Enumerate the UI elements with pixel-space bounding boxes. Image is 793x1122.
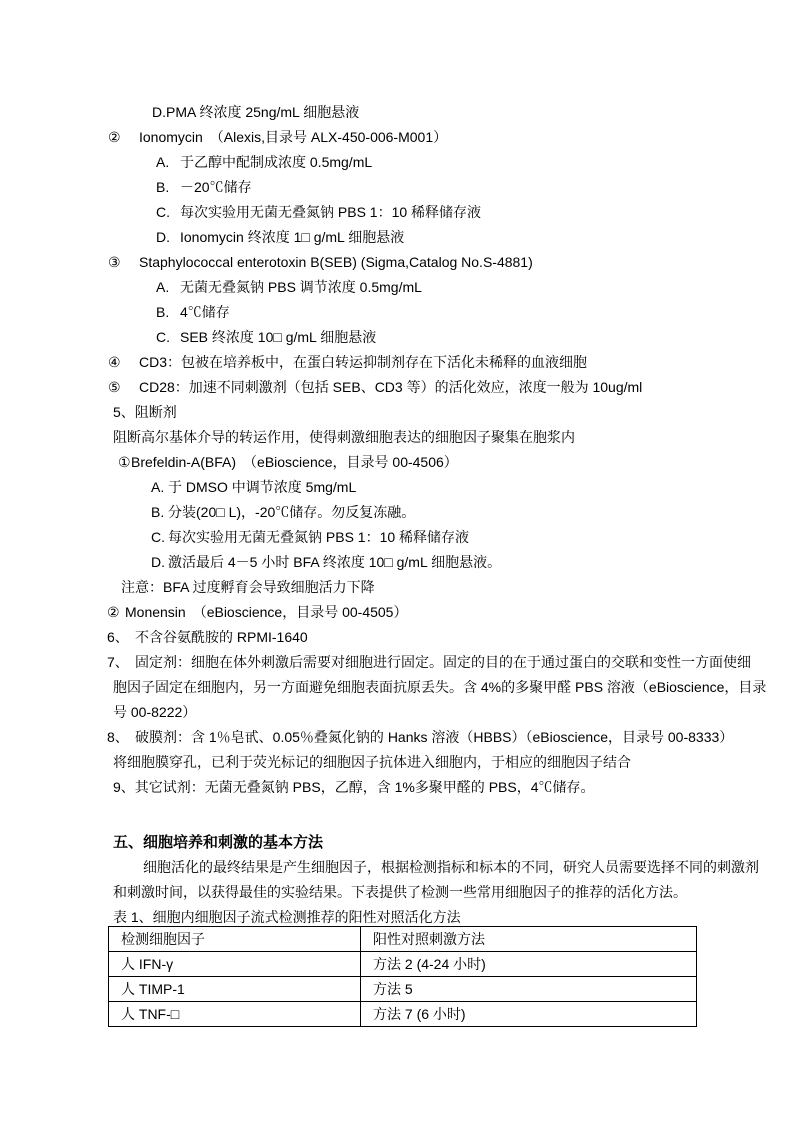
doc-line-text: 阻断高尔基体介导的转运作用，使得刺激细胞表达的细胞因子聚集在胞浆内 (113, 429, 575, 445)
doc-line-text: 9、其它试剂：无菌无叠氮钠 PBS，乙醇，含 1%多聚甲醛的 PBS，4℃储存。 (113, 779, 595, 795)
doc-line: 将细胞膜穿孔，已利于荧光标记的细胞因子抗体进入细胞内，于相应的细胞因子结合 (113, 750, 683, 775)
table-header-cell: 检测细胞因子 (109, 927, 361, 952)
doc-line: ⑤CD28：加速不同刺激剂（包括 SEB、CD3 等）的活化效应，浓度一般为 1… (113, 375, 683, 400)
activation-methods-table: 检测细胞因子 阳性对照刺激方法 人 IFN-γ 方法 2 (4-24 小时) 人… (108, 926, 697, 1027)
doc-line: ②Monensin （eBioscience，目录号 00-4505） (113, 600, 683, 625)
doc-line: 胞因子固定在细胞内，另一方面避免细胞表面抗原丢失。含 4%的多聚甲醛 PBS 溶… (113, 675, 683, 700)
table-cell: 方法 7 (6 小时) (361, 1002, 697, 1027)
table-cell: 人 IFN-γ (109, 952, 361, 977)
table-cell: 人 TIMP-1 (109, 977, 361, 1002)
doc-line-text: Monensin （eBioscience，目录号 00-4505） (113, 604, 407, 620)
list-marker: B. (156, 300, 169, 325)
doc-line-text: CD3：包被在培养板中，在蛋白转运抑制剂存在下活化未稀释的血液细胞 (113, 354, 587, 370)
doc-line: 9、其它试剂：无菌无叠氮钠 PBS，乙醇，含 1%多聚甲醛的 PBS，4℃储存。 (113, 775, 683, 800)
list-marker: ③ (108, 250, 121, 275)
list-marker: ⑤ (108, 375, 121, 400)
list-marker: C. (156, 325, 170, 350)
table-header-row: 检测细胞因子 阳性对照刺激方法 (109, 927, 697, 952)
doc-line-text: 将细胞膜穿孔，已利于荧光标记的细胞因子抗体进入细胞内，于相应的细胞因子结合 (113, 754, 631, 770)
doc-line-text: 细胞活化的最终结果是产生细胞因子，根据检测指标和标本的不同，研究人员需要选择不同… (113, 859, 759, 875)
doc-line: A.于 DMSO 中调节浓度 5mg/mL (113, 475, 683, 500)
doc-line-text: 4℃储存 (113, 304, 230, 320)
doc-line-text: 破膜剂：含 1％皂甙、0.05％叠氮化钠的 Hanks 溶液（HBBS）（eBi… (113, 729, 733, 745)
doc-line: 6、不含谷氨酰胺的 RPMI-1640 (113, 625, 683, 650)
doc-line: C.每次实验用无菌无叠氮钠 PBS 1：10 稀释储存液 (113, 200, 683, 225)
table-row: 人 TIMP-1 方法 5 (109, 977, 697, 1002)
doc-line: ①Brefeldin-A(BFA) （eBioscience，目录号 00-45… (113, 450, 683, 475)
section-heading: 五、细胞培养和刺激的基本方法 (113, 830, 683, 855)
list-marker: A. (151, 475, 164, 500)
doc-line: ③Staphylococcal enterotoxin B(SEB) (Sigm… (113, 250, 683, 275)
list-marker: C. (156, 200, 170, 225)
doc-line: D.激活最后 4－5 小时 BFA 终浓度 10□ g/mL 细胞悬液。 (113, 550, 683, 575)
list-marker: D. (156, 225, 170, 250)
table-row: 人 TNF-□ 方法 7 (6 小时) (109, 1002, 697, 1027)
doc-line-text: Ionomycin （Alexis,目录号 ALX-450-006-M001） (113, 129, 447, 145)
doc-line-text: 固定剂：细胞在体外刺激后需要对细胞进行固定。固定的目的在于通过蛋白的交联和变性一… (113, 654, 751, 670)
list-marker: B. (151, 500, 164, 525)
doc-line-text: 于 DMSO 中调节浓度 5mg/mL (113, 479, 356, 495)
doc-line-text: 不含谷氨酰胺的 RPMI-1640 (113, 629, 308, 645)
doc-line-text: 激活最后 4－5 小时 BFA 终浓度 10□ g/mL 细胞悬液。 (113, 554, 501, 570)
doc-line: 阻断高尔基体介导的转运作用，使得刺激细胞表达的细胞因子聚集在胞浆内 (113, 425, 683, 450)
doc-line-text: 胞因子固定在细胞内，另一方面避免细胞表面抗原丢失。含 4%的多聚甲醛 PBS 溶… (113, 679, 766, 695)
list-marker: 7、 (107, 650, 129, 675)
doc-line: B.4℃储存 (113, 300, 683, 325)
list-marker: 6、 (107, 625, 129, 650)
list-marker: 8、 (107, 725, 129, 750)
table-header-cell: 阳性对照刺激方法 (361, 927, 697, 952)
doc-note-line: 注意：BFA 过度孵育会导致细胞活力下降 (113, 575, 683, 600)
list-marker: A. (156, 150, 169, 175)
list-marker: ② (107, 600, 120, 625)
list-marker: D. (151, 550, 165, 575)
table-cell: 方法 5 (361, 977, 697, 1002)
section-paragraph-line: 细胞活化的最终结果是产生细胞因子，根据检测指标和标本的不同，研究人员需要选择不同… (113, 855, 683, 880)
doc-line: A.无菌无叠氮钠 PBS 调节浓度 0.5mg/mL (113, 275, 683, 300)
doc-line: A.于乙醇中配制成浓度 0.5mg/mL (113, 150, 683, 175)
doc-line: C.SEB 终浓度 10□ g/mL 细胞悬液 (113, 325, 683, 350)
doc-line-text: 号 00-8222） (113, 704, 196, 720)
doc-line: 8、破膜剂：含 1％皂甙、0.05％叠氮化钠的 Hanks 溶液（HBBS）（e… (113, 725, 683, 750)
document-page: D.PMA 终浓度 25ng/mL 细胞悬液 ②Ionomycin （Alexi… (0, 0, 793, 1122)
section-gap (113, 800, 683, 830)
table-cell: 人 TNF-□ (109, 1002, 361, 1027)
table-row: 人 IFN-γ 方法 2 (4-24 小时) (109, 952, 697, 977)
doc-line: D.Ionomycin 终浓度 1□ g/mL 细胞悬液 (113, 225, 683, 250)
list-marker: A. (156, 275, 169, 300)
doc-line-text: 注意：BFA 过度孵育会导致细胞活力下降 (113, 579, 375, 595)
document-body: D.PMA 终浓度 25ng/mL 细胞悬液 ②Ionomycin （Alexi… (0, 0, 793, 1027)
list-marker: C. (151, 525, 165, 550)
list-marker: B. (156, 175, 169, 200)
doc-line: 5、阻断剂 (113, 400, 683, 425)
doc-line-text: 5、阻断剂 (113, 404, 177, 420)
doc-line: 7、固定剂：细胞在体外刺激后需要对细胞进行固定。固定的目的在于通过蛋白的交联和变… (113, 650, 683, 675)
doc-line-text: －20℃储存 (113, 179, 252, 195)
doc-line-text: D.PMA 终浓度 25ng/mL 细胞悬液 (113, 104, 359, 120)
list-marker: ② (108, 125, 121, 150)
doc-line-text: Brefeldin-A(BFA) （eBioscience，目录号 00-450… (113, 454, 458, 470)
doc-line-text: SEB 终浓度 10□ g/mL 细胞悬液 (113, 329, 376, 345)
list-marker: ④ (108, 350, 121, 375)
table-cell: 方法 2 (4-24 小时) (361, 952, 697, 977)
doc-line-text: 每次实验用无菌无叠氮钠 PBS 1：10 稀释储存液 (113, 529, 469, 545)
doc-line-text: 和刺激时间，以获得最佳的实验结果。下表提供了检测一些常用细胞因子的推荐的活化方法… (113, 884, 687, 900)
doc-line-text: Staphylococcal enterotoxin B(SEB) (Sigma… (113, 254, 533, 270)
doc-line: B.分装(20□ L)，-20℃储存。勿反复冻融。 (113, 500, 683, 525)
doc-line: B.－20℃储存 (113, 175, 683, 200)
doc-line: ④CD3：包被在培养板中，在蛋白转运抑制剂存在下活化未稀释的血液细胞 (113, 350, 683, 375)
doc-line: D.PMA 终浓度 25ng/mL 细胞悬液 (113, 100, 683, 125)
doc-line: C.每次实验用无菌无叠氮钠 PBS 1：10 稀释储存液 (113, 525, 683, 550)
section-paragraph-line: 和刺激时间，以获得最佳的实验结果。下表提供了检测一些常用细胞因子的推荐的活化方法… (113, 880, 683, 905)
list-marker: ① (118, 450, 131, 475)
doc-line-text: 于乙醇中配制成浓度 0.5mg/mL (113, 154, 372, 170)
doc-line-text: CD28：加速不同刺激剂（包括 SEB、CD3 等）的活化效应，浓度一般为 10… (113, 379, 642, 395)
doc-line: ②Ionomycin （Alexis,目录号 ALX-450-006-M001） (113, 125, 683, 150)
doc-line: 号 00-8222） (113, 700, 683, 725)
